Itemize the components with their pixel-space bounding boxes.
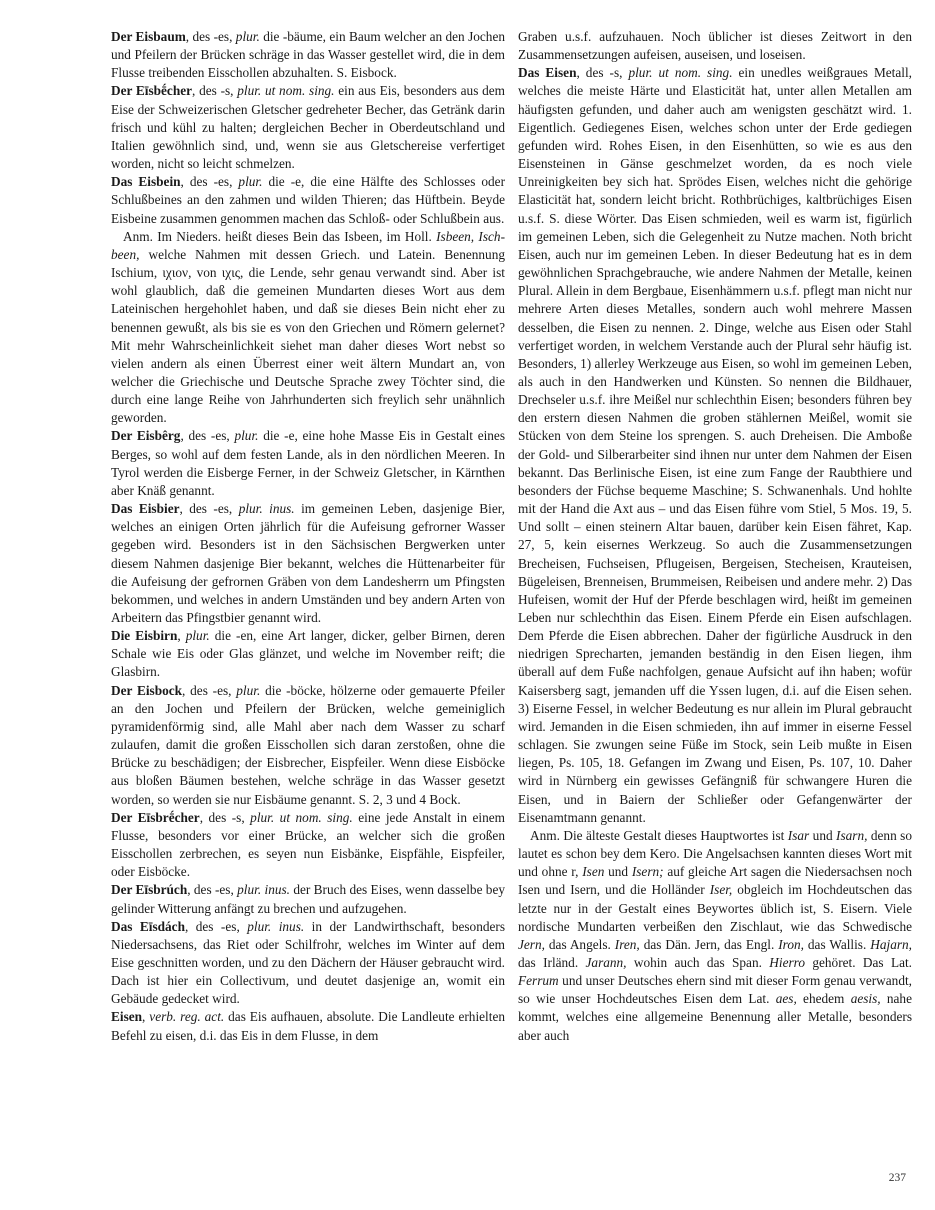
note-text: das Irländ. (518, 955, 586, 970)
entry-genitive: , des -s, (200, 810, 250, 825)
dictionary-entry: Der Eīsbrḗcher, des -s, plur. ut nom. si… (111, 809, 505, 882)
dictionary-entry: Der Eisbêrg, des -es, plur. die -e, eine… (111, 427, 505, 500)
entry-genitive: , des -es, (185, 919, 247, 934)
italic-term: Jern, (518, 937, 545, 952)
entry-genitive: , des -es, (187, 882, 237, 897)
entry-definition: Graben u.s.f. aufzuhauen. Noch üblicher … (518, 29, 912, 62)
entry-definition: die -böcke, hölzerne oder gemauerte Pfei… (111, 683, 505, 807)
entry-grammar: plur. inus. (237, 882, 290, 897)
entry-grammar: verb. reg. act. (149, 1009, 224, 1024)
dictionary-entry: Das Eisbein, des -es, plur. die -e, die … (111, 173, 505, 227)
italic-term: aesis, (851, 991, 881, 1006)
entry-grammar: plur. (186, 628, 210, 643)
entry-genitive: , (177, 628, 185, 643)
note-text: Anm. Die älteste Gestalt dieses Hauptwor… (530, 828, 788, 843)
dictionary-entry: Der Eīsbrúch, des -es, plur. inus. der B… (111, 881, 505, 917)
italic-term: Iron, (778, 937, 804, 952)
entry-headword: Das Eisbier (111, 501, 180, 516)
dictionary-entry: Die Eisbirn, plur. die -en, eine Art lan… (111, 627, 505, 681)
note-text: das Dän. Jern, das Engl. (640, 937, 778, 952)
entry-genitive: , des -es, (186, 29, 236, 44)
italic-term: Iser, (710, 882, 733, 897)
right-column: Graben u.s.f. aufzuhauen. Noch üblicher … (518, 28, 912, 1045)
italic-term: aes, (776, 991, 797, 1006)
entry-grammar: plur. (234, 428, 258, 443)
entry-headword: Der Eīsbḗcher (111, 83, 192, 98)
entry-headword: Der Eisbock (111, 683, 182, 698)
entry-definition: ein unedles weißgraues Metall, welches d… (518, 65, 912, 824)
entry-headword: Eisen (111, 1009, 142, 1024)
note-text: Anm. Im Nieders. heißt dieses Bein das I… (123, 229, 436, 244)
annotation-note: Anm. Die älteste Gestalt dieses Hauptwor… (518, 827, 912, 1045)
italic-term: Isarn, (836, 828, 867, 843)
entry-genitive: , des -s, (192, 83, 237, 98)
italic-term: Hajarn, (870, 937, 912, 952)
note-text: und (809, 828, 836, 843)
entry-headword: Der Eīsbrḗcher (111, 810, 200, 825)
entry-grammar: plur. (238, 174, 262, 189)
entry-genitive: , des -es, (180, 501, 239, 516)
note-text: ehedem (797, 991, 851, 1006)
entry-grammar: plur. inus. (247, 919, 304, 934)
dictionary-entry: Eisen, verb. reg. act. das Eis aufhauen,… (111, 1008, 505, 1044)
entry-genitive: , des -s, (576, 65, 628, 80)
italic-term: Iren, (615, 937, 640, 952)
dictionary-entry: Das Eīsdách, des -es, plur. inus. in der… (111, 918, 505, 1009)
left-column: Der Eisbaum, des -es, plur. die -bäume, … (111, 28, 505, 1045)
entry-headword: Das Eisbein (111, 174, 181, 189)
italic-term: Ferrum (518, 973, 559, 988)
note-text: das Angels. (545, 937, 615, 952)
italic-term: Isen (582, 864, 604, 879)
entry-headword: Die Eisbirn (111, 628, 177, 643)
entry-grammar: plur. ut nom. sing. (628, 65, 732, 80)
entry-headword: Der Eīsbrúch (111, 882, 187, 897)
page-number: 237 (860, 1172, 906, 1184)
note-text: und (604, 864, 631, 879)
note-text: wohin auch das Span. (627, 955, 770, 970)
dictionary-entry: Das Eisbier, des -es, plur. inus. im gem… (111, 500, 505, 627)
italic-term: Isern; (632, 864, 664, 879)
entry-headword: Das Eisen (518, 65, 576, 80)
entry-genitive: , des -es, (181, 174, 239, 189)
note-text: das Wallis. (804, 937, 870, 952)
entry-genitive: , des -es, (182, 683, 236, 698)
note-text: gehöret. Das Lat. (805, 955, 912, 970)
entry-grammar: plur. (236, 683, 260, 698)
entry-genitive: , des -es, (180, 428, 234, 443)
entry-grammar: plur. ut nom. sing. (237, 83, 334, 98)
dictionary-entry: Der Eisbock, des -es, plur. die -böcke, … (111, 682, 505, 809)
dictionary-entry: Der Eisbaum, des -es, plur. die -bäume, … (111, 28, 505, 82)
italic-term: Hierro (769, 955, 805, 970)
annotation-note: Anm. Im Nieders. heißt dieses Bein das I… (111, 228, 505, 428)
entry-headword: Das Eīsdách (111, 919, 185, 934)
entry-grammar: plur. inus. (239, 501, 295, 516)
entry-headword: Der Eisbaum (111, 29, 186, 44)
italic-term: Isar (788, 828, 809, 843)
entry-grammar: plur. (236, 29, 260, 44)
italic-term: Jarann, (586, 955, 627, 970)
dictionary-entry: Der Eīsbḗcher, des -s, plur. ut nom. sin… (111, 82, 505, 173)
dictionary-page: Der Eisbaum, des -es, plur. die -bäume, … (0, 0, 935, 1210)
entry-definition: im gemeinen Leben, dasjenige Bier, welch… (111, 501, 505, 625)
entry-grammar: plur. ut nom. sing. (250, 810, 353, 825)
note-text: welche Nahmen mit dessen Griech. und Lat… (111, 247, 505, 425)
entry-headword: Der Eisbêrg (111, 428, 180, 443)
entry-continuation: Graben u.s.f. aufzuhauen. Noch üblicher … (518, 28, 912, 64)
dictionary-entry: Das Eisen, des -s, plur. ut nom. sing. e… (518, 64, 912, 827)
